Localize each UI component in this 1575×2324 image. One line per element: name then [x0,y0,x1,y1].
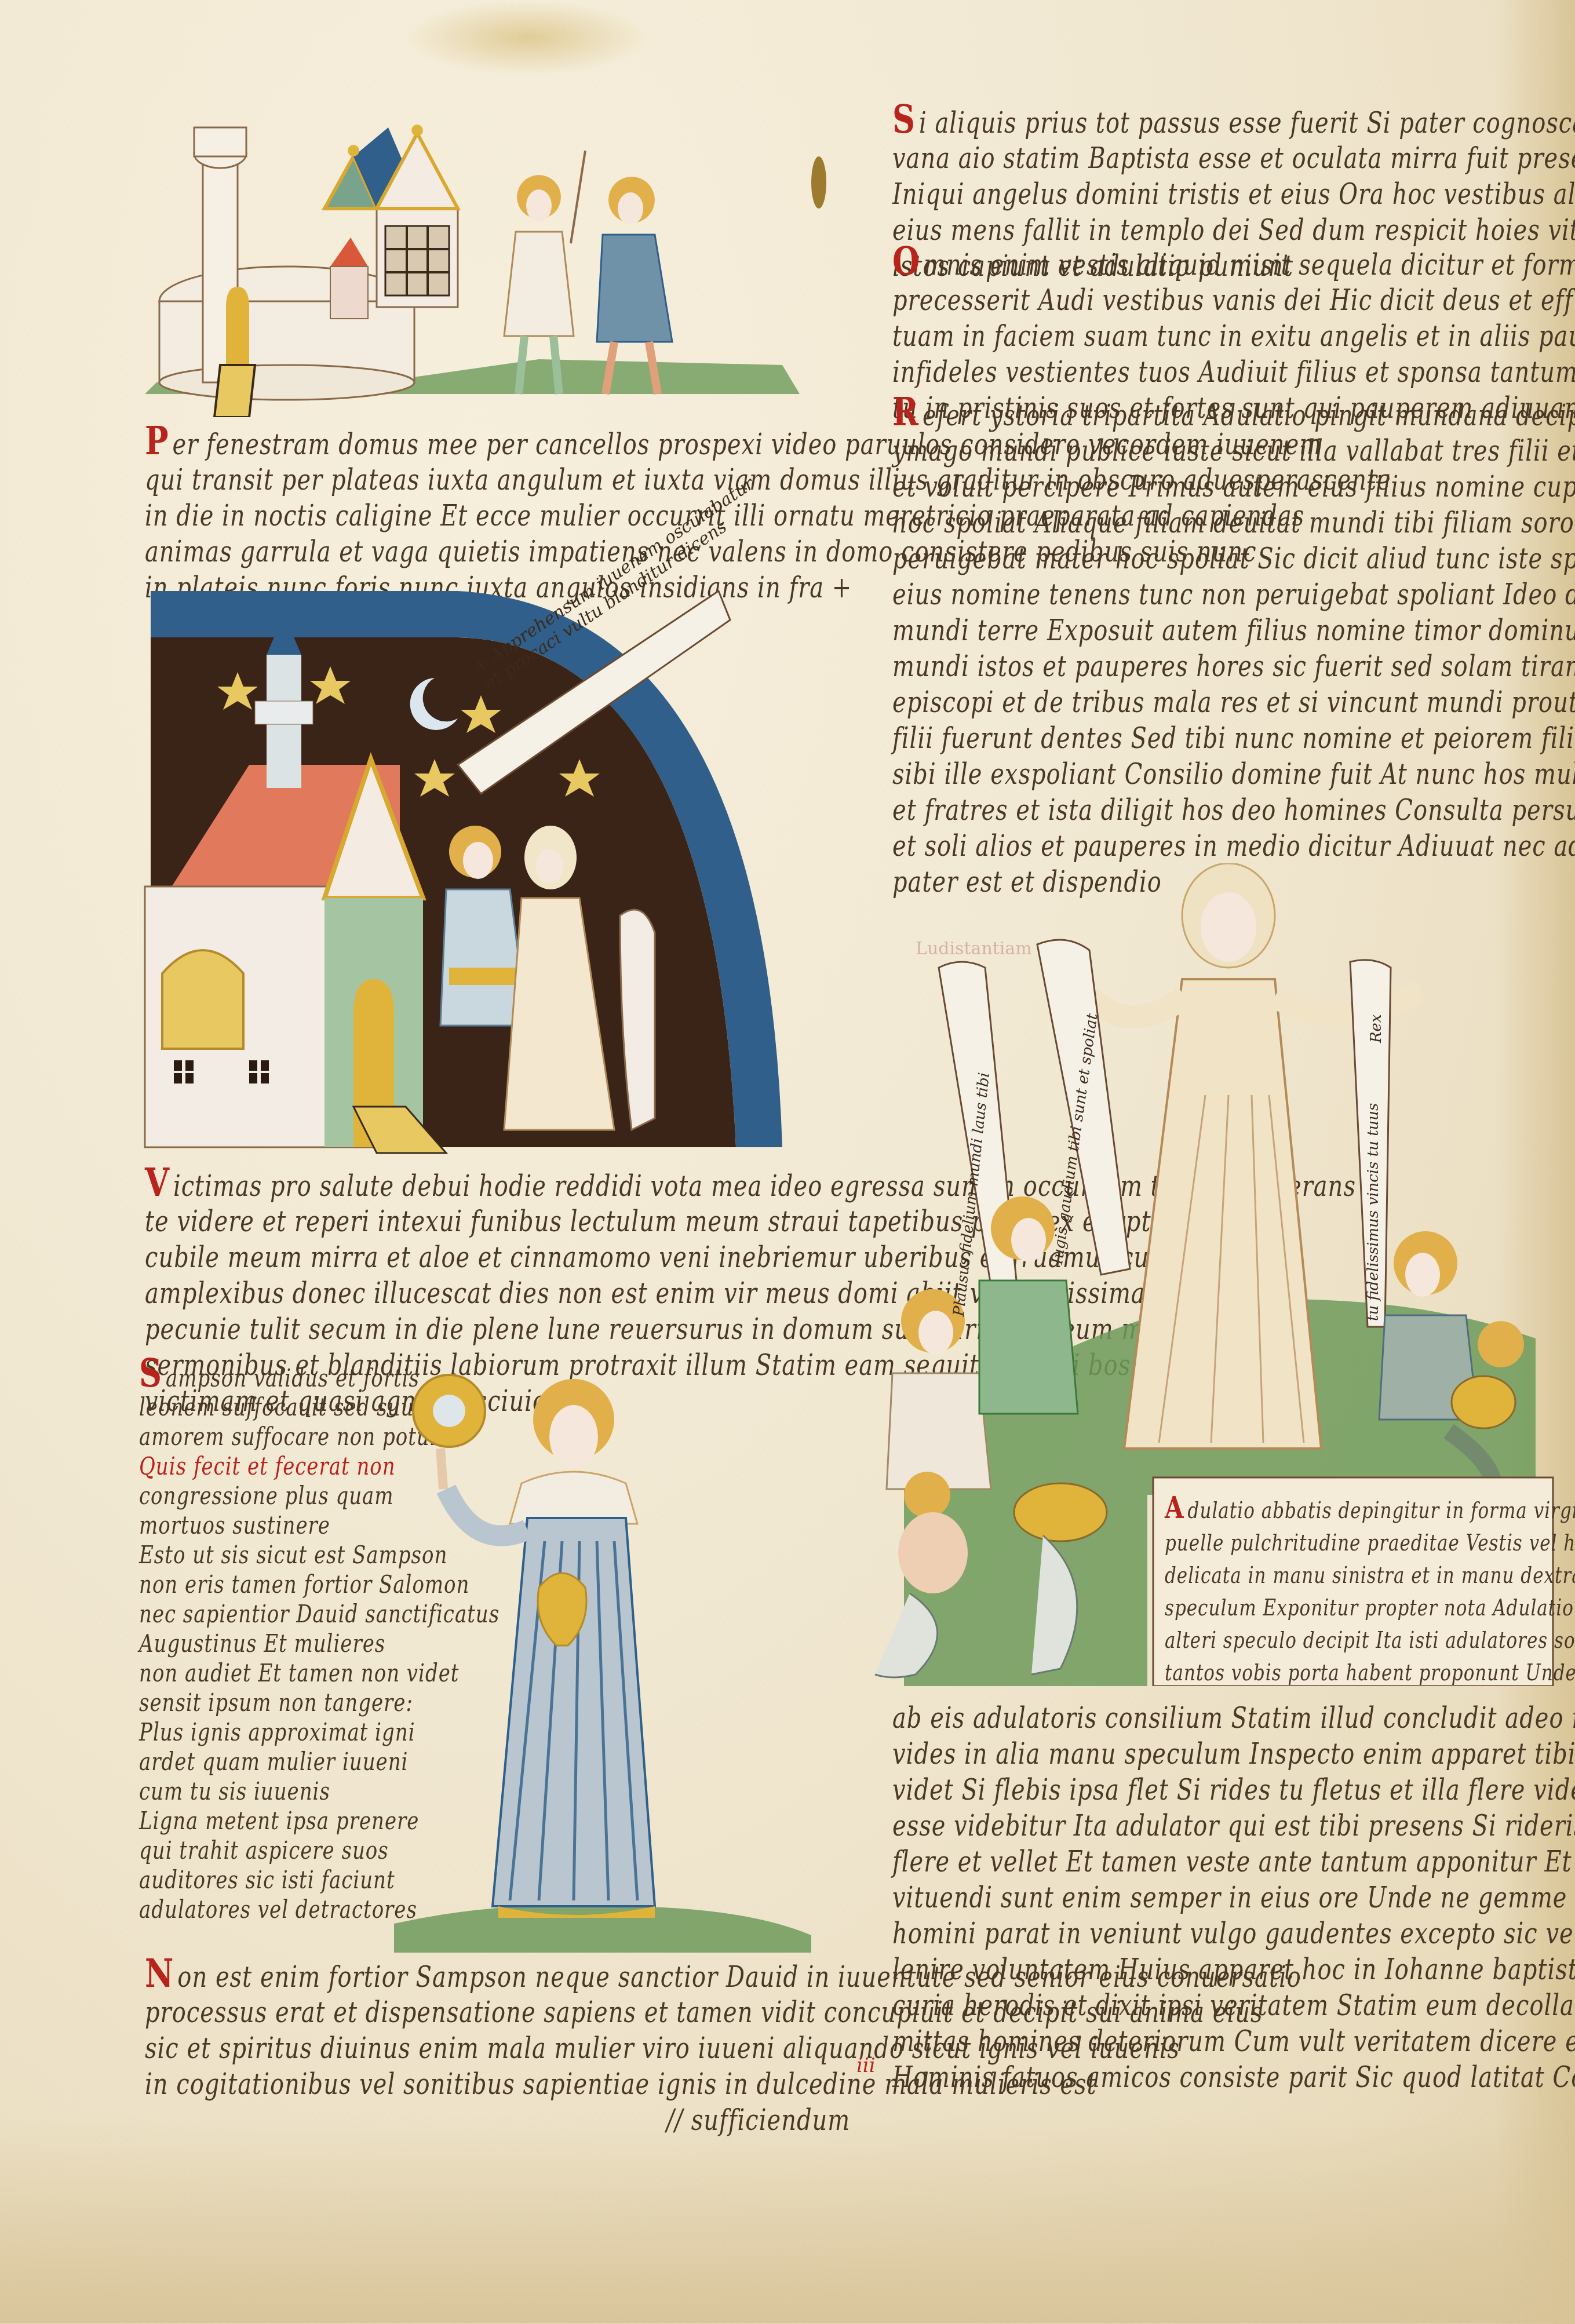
text-line: adulatores vel detractores [139,1892,382,1929]
scroll-inscription: Rex [1368,1014,1385,1043]
red-initial: R [892,388,919,435]
red-initial: N [145,1950,174,1996]
text-line: // sufficiendum [145,2098,805,2143]
parchment-stain [406,0,649,75]
red-initial: A [1165,1490,1184,1525]
red-initial: S [892,96,916,142]
illustration-woman-mirror-cup [382,1367,823,1953]
margin-mark: iii [856,2054,876,2077]
scroll-inscription: tu fidelissimus vincis tu tuus [1365,1103,1382,1321]
parchment-stain [0,2115,1575,2323]
caption-box: Adulatio abbatis depingitur in forma vir… [1165,1492,1547,1689]
illustration-castle-youths [133,93,800,417]
text-line: Hominis fatuos amicos consiste parit Sic… [892,2055,1547,2100]
red-initial: P [145,417,169,464]
left-paragraph-3: Sampson validus et fortis leonem suffoca… [139,1359,382,1925]
right-paragraph-4: ab eis adulatoris consilium Statim illud… [892,1701,1547,2096]
parchment-hole [811,156,826,209]
right-paragraph-3: Refert ystoria tripartita Adulatio pingi… [892,394,1541,900]
red-initial: O [892,238,920,284]
left-paragraph-4: Non est enim fortior Sampson neque sanct… [145,1955,805,2139]
bleed-through-text: Ludistantiam [916,939,1032,959]
red-initial: V [145,1159,170,1205]
manuscript-page: Per fenestram domus mee per cancellos pr… [0,0,1575,2324]
text-line: tantos vobis porta habent proponunt Unde… [1165,1652,1547,1693]
